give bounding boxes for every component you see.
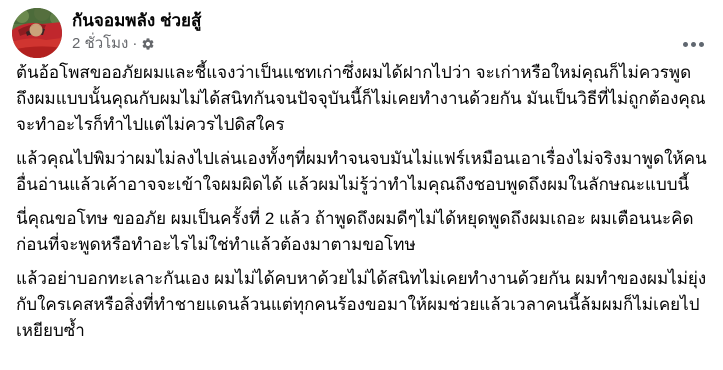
avatar[interactable]: [12, 8, 62, 58]
avatar-photo-graphic: [12, 8, 62, 58]
post-paragraph: แล้วอย่าบอกทะเลาะกันเอง ผมไม่ได้คบหาด้วย…: [16, 266, 709, 344]
post-paragraph: แล้วคุณไปพิมว่าผมไม่ลงไปเล่นเองทั้งๆที่ผ…: [16, 146, 709, 198]
post-paragraph: ต้นอ้อโพสขออภัยผมและชี้แจงว่าเป็นแชทเก่า…: [16, 60, 709, 138]
more-dot: [683, 42, 688, 47]
author-name[interactable]: กันจอมพลัง ช่วยสู้: [72, 10, 711, 32]
more-dot: [691, 42, 696, 47]
meta-separator: ·: [132, 34, 137, 54]
facebook-post: กันจอมพลัง ช่วยสู้ 2 ชั่วโมง · ต้นอ้อโพส…: [0, 0, 723, 370]
privacy-gear-icon: [141, 37, 155, 51]
post-body: ต้นอ้อโพสขออภัยผมและชี้แจงว่าเป็นแชทเก่า…: [16, 60, 709, 344]
more-options-button[interactable]: [675, 26, 711, 62]
post-meta: 2 ชั่วโมง ·: [72, 34, 711, 54]
more-dot: [699, 42, 704, 47]
post-paragraph: นี่คุณขอโทษ ขออภัย ผมเป็นครั้งที่ 2 แล้ว…: [16, 206, 709, 258]
post-header: กันจอมพลัง ช่วยสู้ 2 ชั่วโมง ·: [12, 8, 711, 58]
post-header-text: กันจอมพลัง ช่วยสู้ 2 ชั่วโมง ·: [72, 8, 711, 54]
timestamp[interactable]: 2 ชั่วโมง: [72, 34, 128, 54]
